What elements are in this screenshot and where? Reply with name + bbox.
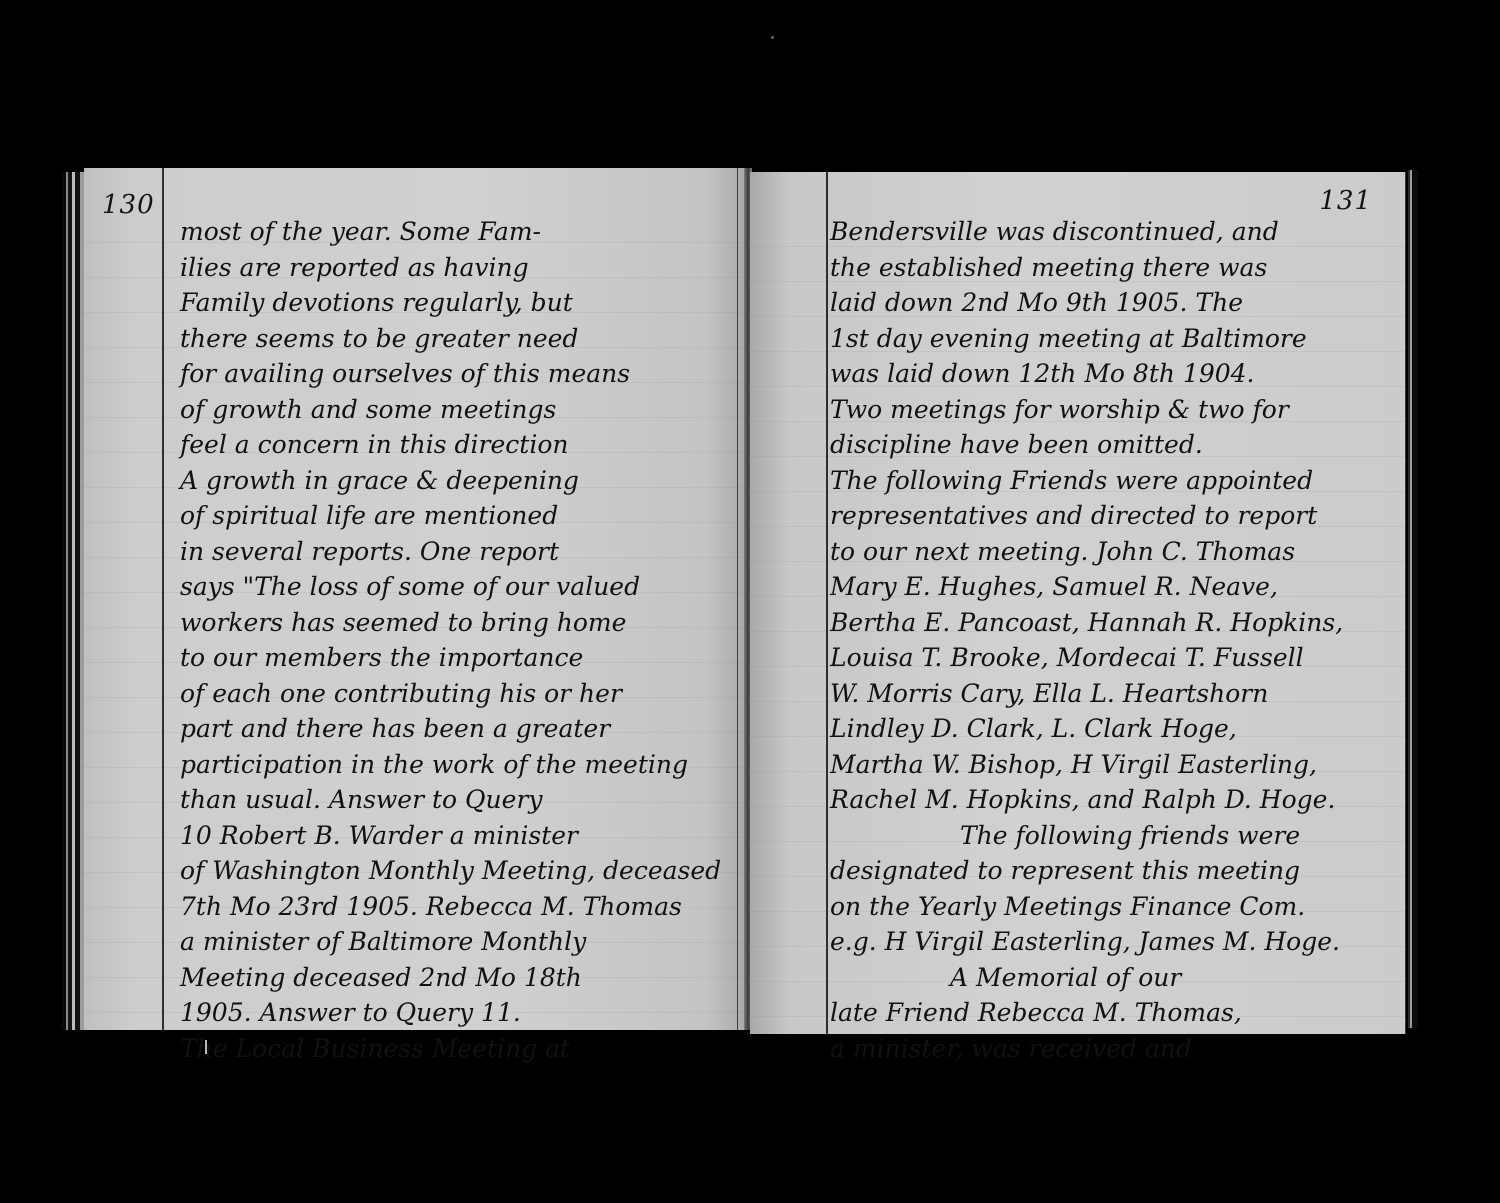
left-page-text: most of the year. Some Fam- ilies are re…	[180, 214, 740, 1066]
left-page-edges	[62, 172, 84, 1030]
manuscript-line: than usual. Answer to Query	[180, 782, 740, 818]
manuscript-line: designated to represent this meeting	[830, 853, 1390, 889]
manuscript-line: late Friend Rebecca M. Thomas,	[830, 995, 1390, 1031]
manuscript-line: 10 Robert B. Warder a minister	[180, 818, 740, 854]
manuscript-line: participation in the work of the meeting	[180, 747, 740, 783]
manuscript-line: 7th Mo 23rd 1905. Rebecca M. Thomas	[180, 889, 740, 925]
manuscript-line: part and there has been a greater	[180, 711, 740, 747]
manuscript-line: The following friends were	[830, 818, 1390, 854]
manuscript-line: A Memorial of our	[830, 960, 1390, 996]
manuscript-line: for availing ourselves of this means	[180, 356, 740, 392]
manuscript-line: e.g. H Virgil Easterling, James M. Hoge.	[830, 924, 1390, 960]
manuscript-line: The following Friends were appointed	[830, 463, 1390, 499]
manuscript-line: to our members the importance	[180, 640, 740, 676]
book-spread: 130 most of the year. Some Fam- ilies ar…	[62, 168, 1418, 1030]
manuscript-line: ilies are reported as having	[180, 250, 740, 286]
manuscript-line: representatives and directed to report	[830, 498, 1390, 534]
manuscript-line: workers has seemed to bring home	[180, 605, 740, 641]
manuscript-line: Louisa T. Brooke, Mordecai T. Fussell	[830, 640, 1390, 676]
manuscript-line: 1905. Answer to Query 11.	[180, 995, 740, 1031]
manuscript-line: says "The loss of some of our valued	[180, 569, 740, 605]
manuscript-line: Rachel M. Hopkins, and Ralph D. Hoge.	[830, 782, 1390, 818]
right-margin-rule	[826, 172, 828, 1034]
manuscript-line: a minister of Baltimore Monthly	[180, 924, 740, 960]
manuscript-line: on the Yearly Meetings Finance Com.	[830, 889, 1390, 925]
manuscript-line: Bendersville was discontinued, and	[830, 214, 1390, 250]
manuscript-line: there seems to be greater need	[180, 321, 740, 357]
manuscript-line: in several reports. One report	[180, 534, 740, 570]
manuscript-line: Bertha E. Pancoast, Hannah R. Hopkins,	[830, 605, 1390, 641]
manuscript-line: of Washington Monthly Meeting, deceased	[180, 853, 740, 889]
page-number-right: 131	[1319, 186, 1372, 216]
left-margin-rule	[162, 168, 164, 1030]
scan-artifact	[205, 1040, 207, 1054]
manuscript-line: laid down 2nd Mo 9th 1905. The	[830, 285, 1390, 321]
manuscript-line: 1st day evening meeting at Baltimore	[830, 321, 1390, 357]
right-page: 131 Bendersville was discontinued, and t…	[750, 172, 1406, 1034]
manuscript-line: of growth and some meetings	[180, 392, 740, 428]
manuscript-line: Family devotions regularly, but	[180, 285, 740, 321]
page-number-left: 130	[102, 190, 155, 220]
right-page-edges	[1408, 170, 1418, 1028]
manuscript-line: of each one contributing his or her	[180, 676, 740, 712]
manuscript-line: Mary E. Hughes, Samuel R. Neave,	[830, 569, 1390, 605]
scan-artifact	[771, 36, 774, 39]
manuscript-line: to our next meeting. John C. Thomas	[830, 534, 1390, 570]
manuscript-line: W. Morris Cary, Ella L. Heartshorn	[830, 676, 1390, 712]
manuscript-line: discipline have been omitted.	[830, 427, 1390, 463]
manuscript-line: Lindley D. Clark, L. Clark Hoge,	[830, 711, 1390, 747]
manuscript-line: Two meetings for worship & two for	[830, 392, 1390, 428]
manuscript-line: the established meeting there was	[830, 250, 1390, 286]
manuscript-line: most of the year. Some Fam-	[180, 214, 740, 250]
right-outer-rule	[1405, 172, 1407, 1034]
manuscript-line: feel a concern in this direction	[180, 427, 740, 463]
right-page-text: Bendersville was discontinued, and the e…	[830, 214, 1390, 1066]
manuscript-line: A growth in grace & deepening	[180, 463, 740, 499]
manuscript-line: Martha W. Bishop, H Virgil Easterling,	[830, 747, 1390, 783]
manuscript-line: of spiritual life are mentioned	[180, 498, 740, 534]
manuscript-line: a minister, was received and	[830, 1031, 1390, 1067]
manuscript-line: was laid down 12th Mo 8th 1904.	[830, 356, 1390, 392]
left-page: 130 most of the year. Some Fam- ilies ar…	[84, 168, 746, 1030]
manuscript-line: Meeting deceased 2nd Mo 18th	[180, 960, 740, 996]
manuscript-line: The Local Business Meeting at	[180, 1031, 740, 1067]
